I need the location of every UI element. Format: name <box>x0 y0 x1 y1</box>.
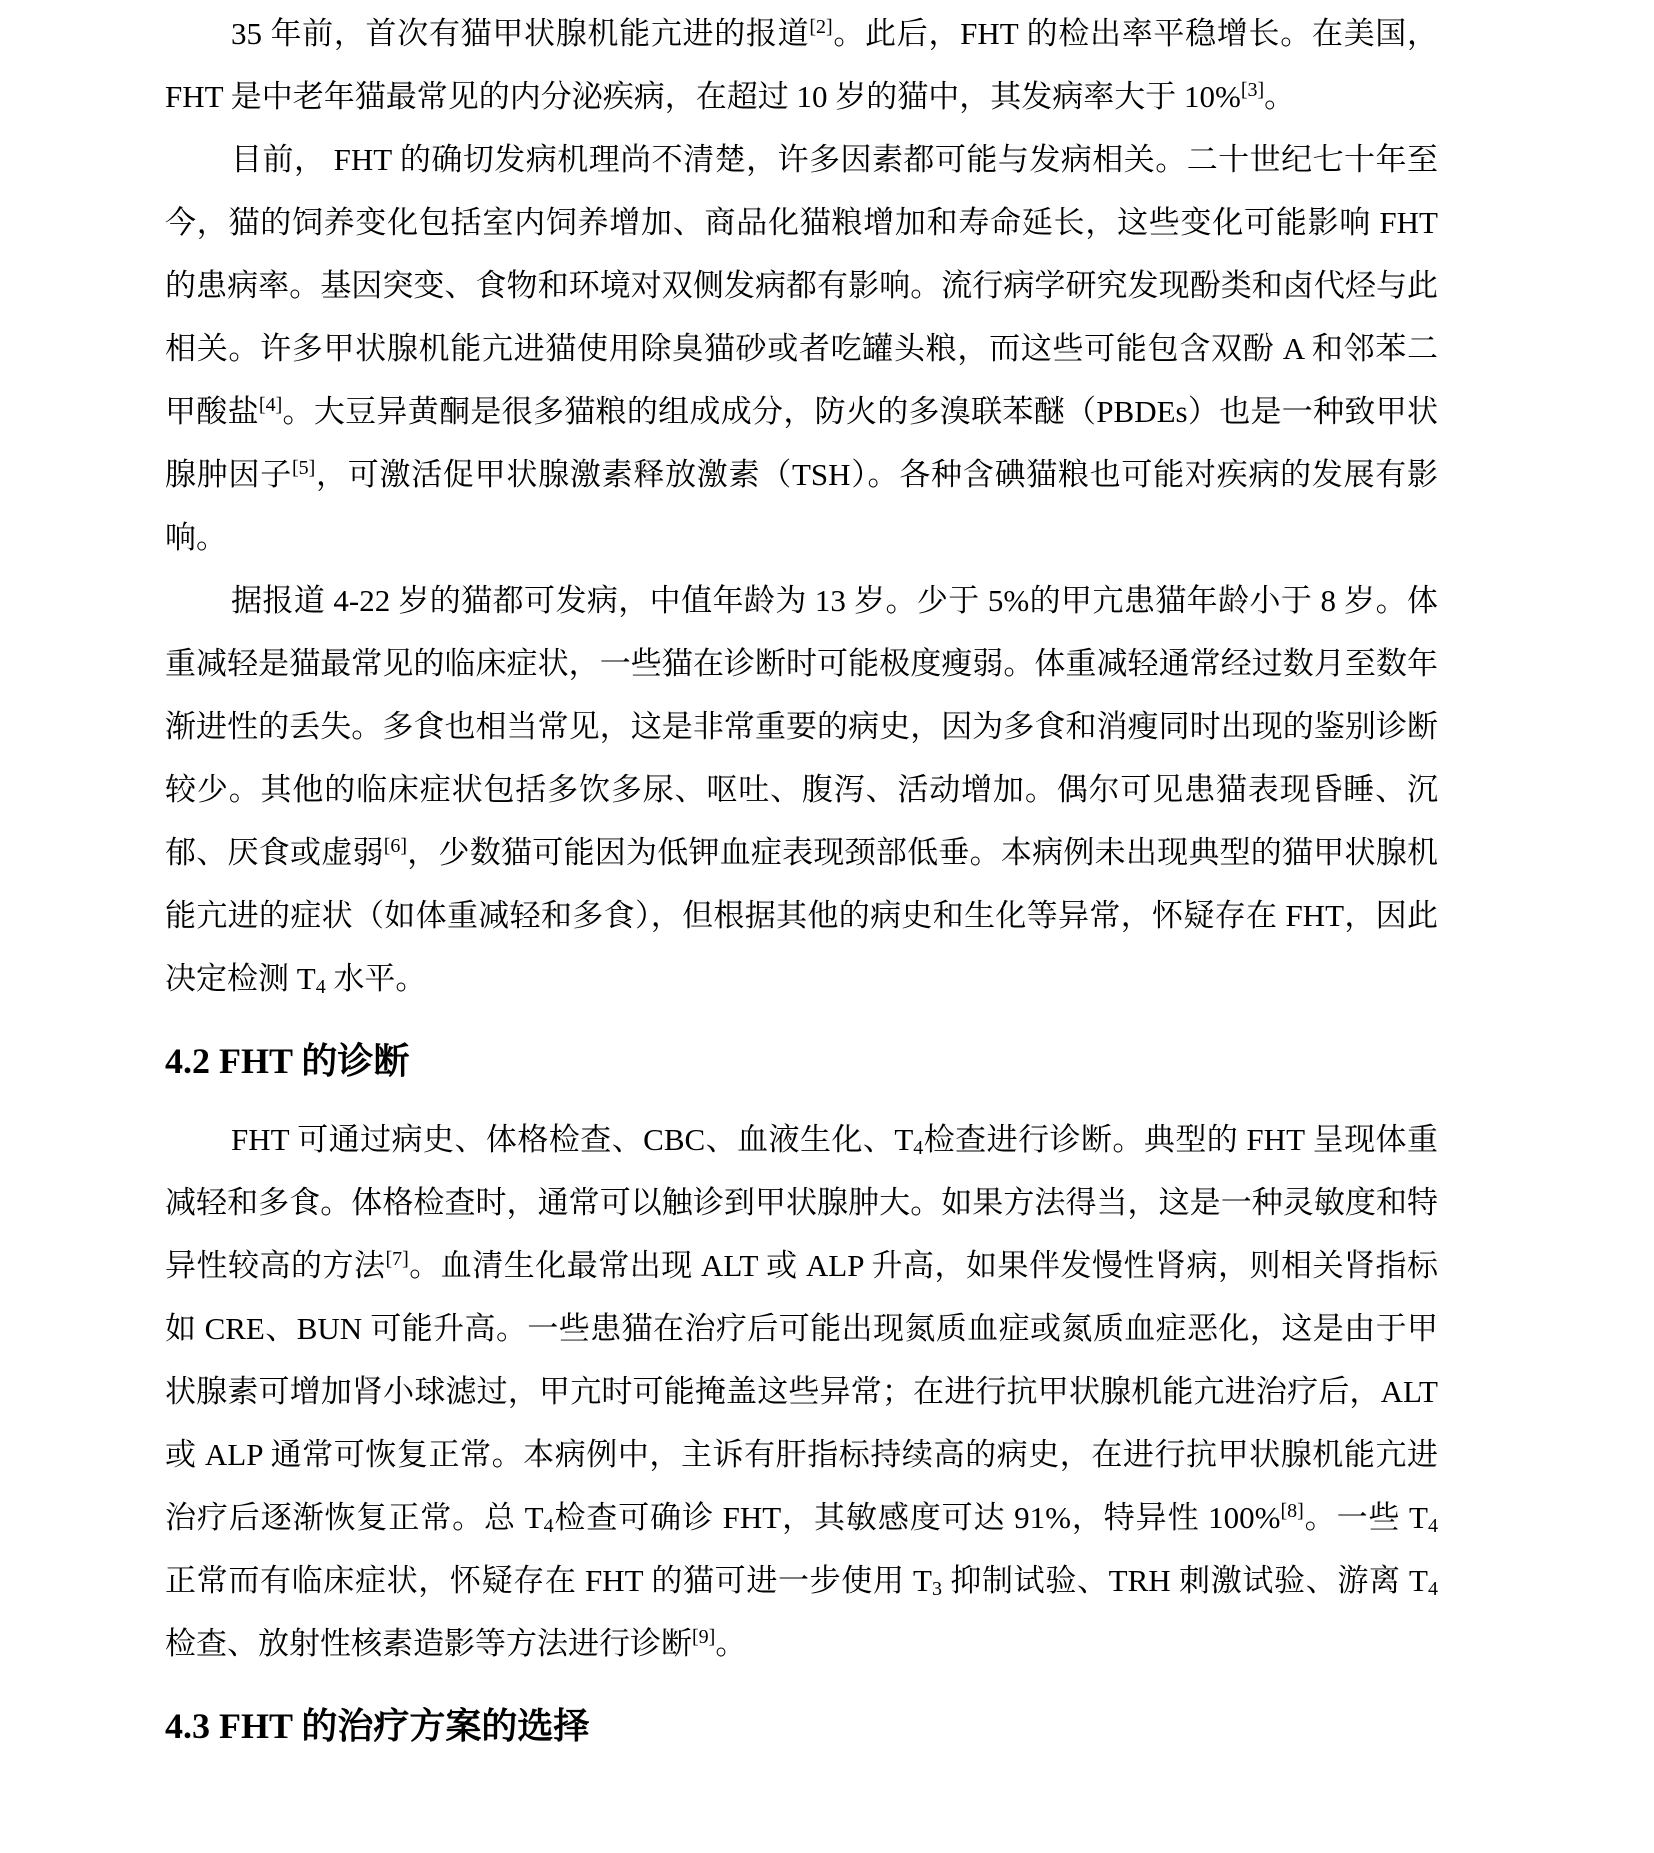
citation-ref: [6] <box>384 835 407 857</box>
section-heading: 4.2 FHT 的诊断 <box>165 1038 1438 1084</box>
chemical-subscript: 3 <box>932 1578 942 1600</box>
citation-ref: [8] <box>1280 1500 1303 1522</box>
text-run: 35 年前，首次有猫甲状腺机能亢进的报道 <box>231 16 809 51</box>
text-run: 目前， FHT 的确切发病机理尚不清楚，许多因素都可能与发病相关。二十世纪七十年… <box>165 142 1438 429</box>
citation-ref: [4] <box>259 394 282 416</box>
citation-ref: [9] <box>692 1626 715 1648</box>
text-run: 检查可确诊 FHT，其敏感度可达 91%，特异性 100% <box>554 1500 1281 1535</box>
chemical-subscript: 4 <box>544 1515 554 1537</box>
citation-ref: [7] <box>385 1248 408 1270</box>
paragraph: FHT 可通过病史、体格检查、CBC、血液生化、T4检查进行诊断。典型的 FHT… <box>165 1108 1438 1675</box>
text-run: 。 <box>715 1626 746 1661</box>
chemical-subscript: 4 <box>1428 1578 1438 1600</box>
text-run: ，可激活促甲状腺激素释放激素（TSH）。各种含碘猫粮也可能对疾病的发展有影响。 <box>165 457 1438 555</box>
text-run: 。一些 T <box>1304 1500 1428 1535</box>
text-run: 水平。 <box>326 961 427 996</box>
chemical-subscript: 4 <box>1428 1515 1438 1537</box>
text-run: 抑制试验、TRH 刺激试验、游离 T <box>942 1563 1428 1598</box>
text-run: 。 <box>1264 79 1295 114</box>
text-run: 。血清生化最常出现 ALT 或 ALP 升高，如果伴发慢性肾病，则相关肾指标如 … <box>165 1248 1438 1535</box>
chemical-subscript: 4 <box>913 1137 923 1159</box>
text-run: 正常而有临床症状，怀疑存在 FHT 的猫可进一步使用 T <box>165 1563 932 1598</box>
citation-ref: [2] <box>809 16 832 38</box>
paragraph: 35 年前，首次有猫甲状腺机能亢进的报道[2]。此后，FHT 的检出率平稳增长。… <box>165 2 1438 128</box>
text-run: FHT 可通过病史、体格检查、CBC、血液生化、T <box>231 1122 913 1157</box>
paragraph: 据报道 4-22 岁的猫都可发病，中值年龄为 13 岁。少于 5%的甲亢患猫年龄… <box>165 569 1438 1010</box>
text-run: 检查、放射性核素造影等方法进行诊断 <box>165 1626 692 1661</box>
section-heading: 4.3 FHT 的治疗方案的选择 <box>165 1703 1438 1749</box>
document-page: 35 年前，首次有猫甲状腺机能亢进的报道[2]。此后，FHT 的检出率平稳增长。… <box>0 0 1654 1853</box>
text-run: 据报道 4-22 岁的猫都可发病，中值年龄为 13 岁。少于 5%的甲亢患猫年龄… <box>165 583 1438 870</box>
citation-ref: [3] <box>1241 79 1264 101</box>
chemical-subscript: 4 <box>316 976 326 998</box>
paragraph: 目前， FHT 的确切发病机理尚不清楚，许多因素都可能与发病相关。二十世纪七十年… <box>165 128 1438 569</box>
citation-ref: [5] <box>292 457 315 479</box>
